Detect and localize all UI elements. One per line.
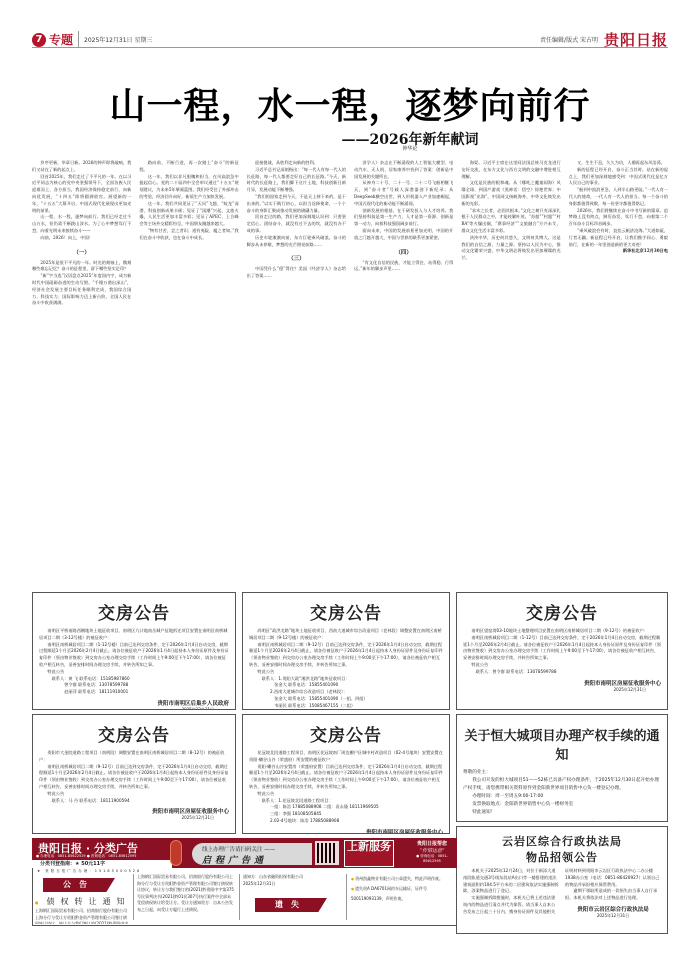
lost-items: 贵州凯鑫物业有限公司公章遗失，特此声明作废。 遗失贵A DA6701网约车运输证…	[351, 874, 455, 904]
notice-text: 逾期不领取所造成的一切损失由当事人自行承担，本机关将依法对上述物品进行处理。	[565, 888, 661, 902]
qr-promo: 线上办理广告请扫码关注 —— 启程广告通	[192, 843, 312, 865]
notice-title: 交房公告	[249, 721, 443, 746]
notice-handover-wangyaowan: 交房公告 南明区望窑湾03-10地块土地整理项目安置在南明区南桥城居项目二期（9…	[456, 592, 668, 710]
paragraph: 面向未来，中国的发展前景更加光明，中国的开放之门越开越大，中国与世界的联系更加紧…	[354, 228, 453, 242]
paragraph: 中国凭什么“稳”得住？美国《经济学人》杂志给出了答案……	[247, 266, 346, 280]
section-mark: （一）	[32, 248, 131, 256]
article-headline: 山一程，水一程，逐梦向前行	[0, 78, 700, 129]
notice-contact: 三组：李强 18108505845	[249, 811, 443, 818]
paragraph: “求木之长者，必固其根本。”文化之树只有深深扎根于人民群众之中，才能枝繁叶茂。“…	[461, 208, 560, 235]
notice-issuer: 贵州广厦房地产开发有限公司	[463, 820, 661, 822]
notice-handover-huaguanpo: 交房公告 花冠坡北段道路工程项目、南明区花冠坡南厂周边棚户区城中村改造项目（02…	[242, 714, 450, 834]
notice-date: 2025年12月31日	[463, 687, 661, 694]
notice-handover-houba: 交房公告 南明区平桥南路西侧地块土地征收项目、南明区九计地南岳城户征地拆迁项目安…	[32, 592, 236, 710]
paragraph: 回首走过的路，我们更加深刻地认识到：只要坚定信心、团结奋斗，就没有过不去的坎，就…	[247, 214, 346, 234]
notice-issuer: 贵阳市云岩区综合行政执法局	[565, 905, 661, 913]
notice-title: 关于恒大城项目办理产权手续的通知	[463, 725, 661, 763]
new-service-badge: 上新服务	[344, 840, 394, 867]
notice-evergrande-property: 关于恒大城项目办理产权手续的通知 尊敬的业主： 我公司开发的恒大城项目51——5…	[456, 714, 668, 822]
notice-text: 本机关于2025年12月24日，对位于新添大道南段轨道交通3号线东段站A出口旁一…	[463, 868, 559, 895]
article-author: 钟华论	[0, 145, 700, 152]
issue-date: 2025年12月31日 星期三	[84, 35, 540, 44]
telephone-icon	[170, 840, 182, 866]
paragraph: 向前，2026！向上，中国！	[32, 235, 131, 242]
paragraph: “新”字当选“汉语盘点2025”年度国内字，成为新时代中国砥砺奋进的生动写照。“…	[32, 273, 131, 307]
divider	[239, 874, 240, 920]
notice-title: 物品招领公告	[463, 849, 661, 865]
paragraph: “船到中流浪更急，人到半山路更陡。”一代人有一代人的使命，一代人有一代人的担当。…	[569, 187, 668, 207]
notice-handover-dajinyuan: 交房公告 贵阳市大金院道路工程项目（南明段）调整安置在南明区南桥城居项目二期（8…	[32, 714, 236, 834]
notice-contact: 联系人：曾令群 联系电话：13078599788	[463, 669, 661, 676]
lost-item: 遗失贵A DA6701网约车运输证，证件号500119093139，声明作废。	[351, 884, 455, 904]
notice-text: 特此公告	[249, 669, 443, 676]
notice-text: 贵阳·蟠谷山谷安置房（荣盛府安置）目前已达到交房条件，定于2026年1月4日启动…	[249, 764, 443, 791]
notice-text: 南明区南桥城居项目二期（9-12号）目前已达到交房条件，定于2026年1月4日启…	[39, 764, 229, 791]
classified-rate-guide: 分类刊登指南：★ 50元11字	[32, 860, 172, 868]
notice-text: 特此通知！	[463, 809, 661, 817]
notice-title: 云岩区综合行政执法局	[463, 833, 661, 849]
newspaper-logo: 贵阳日报	[604, 29, 668, 50]
notice-text: 南明区南桥城居项目二期（1-12号楼）目前已达到交房条件，定于2026年1月4日…	[39, 642, 229, 669]
article-dateline: 新华社北京12月30日电	[569, 248, 668, 255]
paragraph: 2026年，我们将继续在奋斗中书写新的篇章。追梦路上没有终点，踔厉奋发、笃行不怠…	[569, 208, 668, 228]
article-column-4: 济学人》杂志在不断涌现的人工智能大模型、电动汽车、无人机、居家康养中找到了答案：…	[354, 160, 453, 585]
article-body: 岁序更新，华章日新。2026的钟声即将敲响，我们又站在了新的起点上。 回首202…	[32, 160, 668, 585]
paragraph: 历史车轮滚滚向前，东方巨轮乘风破浪。奋斗的脚步从未停歇，梦想的光芒照亮前路……	[247, 235, 346, 249]
notice-contact: 联系人：马 丹 联系电话：18111900594	[39, 798, 229, 805]
notice-date: 2025年12月31日	[39, 707, 229, 710]
paragraph: 又，生生不息，久久为功，人潮再起东风浩荡。	[569, 160, 668, 167]
notice-text: 花冠坡北段道路工程项目、南明区花冠坡南厂周边棚户区城中村改造项目（02-4号地块…	[249, 750, 443, 764]
divider	[346, 874, 347, 920]
paragraph: “物有甘苦，尝之者识；道有夷险，履之者知。”我们在奋斗中收获，也在奋斗中成长。	[139, 228, 238, 242]
notice-text: 发票换取地点：金阳新世界销售中心负一楼财务室	[463, 801, 661, 809]
paragraph: 习近平总书记深刻指出：“每一代人有每一代人的长征路，每一代人都要走好自己的长征路…	[247, 167, 346, 194]
section-mark: （四）	[354, 248, 453, 256]
notice-title: 交房公告	[39, 721, 229, 746]
promo2-phone: ● 咨询电话：0851-85612595	[409, 854, 455, 863]
classified-ad-banner: 贵阳日报 · 分类广告 ● 办理电话：0851-85622529 ● 咨询电话：…	[32, 838, 407, 868]
paragraph: 这一年，我们共同见证了“天问”飞越、“蛟龙”深潜，科技创新成果丰硕；见证了“国潮…	[139, 201, 238, 228]
notice-issuer: 贵阳市南明区房屋征收服务中心	[463, 679, 661, 687]
classified-phones: ● 办理电话：0851-85622529 ● 咨询电话：0851-8561259…	[36, 854, 136, 859]
notice-contact: 赵丽萍 联系电话：18111910001	[39, 689, 229, 696]
qr-code-icon[interactable]	[315, 841, 339, 865]
paragraph: 2025年是很不平凡的一年。时光的刻轴上，镌刻哪些难忘记忆？奋斗的征程里，留下哪…	[32, 260, 131, 274]
debt-date: 2025年12月31日	[243, 881, 343, 888]
notice-issuer: 贵阳市南明区后巢乡人民政府	[39, 699, 229, 707]
notice-contact: 张金大 联系电话：15855401090（一组、四组）	[249, 696, 443, 703]
debt-transfer-title: 债权转让通知	[35, 896, 131, 907]
notice-text: 特此公告	[249, 791, 443, 798]
notice-text: 特此公告	[39, 669, 229, 676]
notice-text: 我公司开发的恒大城项目51——52栋已具备产权办理条件，于2025年12月30日…	[463, 777, 661, 793]
promo-brand: 启程广告通	[202, 853, 312, 866]
debt-transfer-sign: 通知方：山东省融资担保有限公司 2025年12月31日	[243, 874, 343, 887]
notice-text: 南明区南桥城居项目二期（9-12号）目前已达到交房条件，定于2026年1月4日启…	[249, 642, 443, 669]
notice-text: 办理时间：周一至周五9:00-17:00	[463, 793, 661, 801]
paragraph: 山一程，水一程，逐梦向前行。我们已经走过千山万水，但仍需不断跋山涉水。为了心中梦…	[32, 214, 131, 234]
notice-issuer: 贵阳市南明区房屋征收服务中心	[249, 828, 443, 834]
debt-transfer-text: 上海钢汇国际贸易有限公司、招商银行股份有限公司上海分行与受让方贵阳黔金资产管理有…	[35, 908, 130, 924]
paragraph: 海晏。习近平主席在这里同法国总统马克龙进行友好交流，在东方文化与西方文明的交融中…	[461, 160, 560, 180]
paragraph: 岁序更新，华章日新。2026的钟声即将敲响，我们又站在了新的起点上。	[32, 160, 131, 174]
notice-date: 2025年12月31日	[565, 913, 661, 920]
lost-item: 贵州凯鑫物业有限公司公章遗失，特此声明作废。	[351, 874, 455, 884]
article-column-6: 又，生生不息，久久为功，人潮再起东风浩荡。 新的征程已经开启，奋斗正当其时。站在…	[569, 160, 668, 585]
divider	[133, 874, 134, 920]
section-label: 专题	[49, 31, 79, 48]
paragraph: 路向前，不断行进，再一次踏上“奋斗”的新征程。	[139, 160, 238, 174]
paragraph: “有文化自信的民族，才能立得住、站得稳、行得远。”新年的脚步声里……	[354, 260, 453, 274]
notice-text: 尚明区“政洪北路”地块土地征收项目、西南大道城市综合改造项目（老林段）调整安置在…	[249, 628, 443, 642]
wedding-promo: 贵阳日报帮您 “传情达意” ● 咨询电话：0851-85612595	[407, 838, 457, 868]
paragraph: 文化是民族的根和魂。从《哪吒之魔童闹海》风靡全球，到国产游戏《黑神话：悟空》惊艳…	[461, 180, 560, 207]
announcement-tab: 公告	[43, 878, 115, 892]
notice-text: 南明区望窑湾03-10地块土地整理项目安置在南明区南桥城居项目二期（9-12号）…	[463, 628, 661, 635]
paragraph: “我们的国家走到今天，不是天上掉下来的，是干出来的。”以实干践行初心，以担当诠释…	[247, 194, 346, 214]
paragraph: 新的征程已经开启，奋斗正当其时。站在新的起点上，我们更加深刻地感受到：中国式现代…	[569, 167, 668, 187]
paragraph: 回首2025年，我们走过了不平凡的一年。在以习近平同志为核心的党中央坚强领导下，…	[32, 174, 131, 215]
notice-title: 交房公告	[249, 599, 443, 624]
article-column-2: 路向前，不断行进，再一次踏上“奋斗”的新征程。 这一年，我们以非凡胆魄和担当，在…	[139, 160, 238, 585]
notice-contact: 2.西南大道城市综合改造项目（老林段）：	[249, 689, 443, 696]
notice-title: 交房公告	[39, 599, 229, 624]
notice-contact: 2.02-4号地块：陈浩 17885088908	[249, 818, 443, 825]
notice-text: 南明区南桥城居项目二期（1-12号）目前已达到交房条件，定于2026年1月4日启…	[463, 635, 661, 662]
lost-tab: 遗失	[255, 898, 327, 912]
article-column-3: 迎接挑战，从胜利走向新的胜利。 习近平总书记深刻指出：“每一代人有每一代人的长征…	[247, 160, 346, 585]
promo-text: 线上办理广告请扫码关注 ——	[202, 845, 312, 853]
paragraph: 创新发展的根基，在于研发投入与人才培养。我们坚持科技是第一生产力、人才是第一资源…	[354, 208, 453, 228]
notice-date: 2025年12月31日	[39, 815, 229, 822]
section-mark: （三）	[247, 254, 346, 262]
editor-credit: 责任编辑/版式 宋占明	[540, 35, 598, 44]
notice-text: 特此公告	[39, 791, 229, 798]
paragraph: 泱泱中华，历史何其悠久，文明何其博大。这是我们的自信之源，力量之源。坚持以人民为…	[461, 235, 560, 262]
notice-text: 贵阳市大金院道路工程项目（南明段）调整安置在南明区南桥城居项目二期（8-12号）…	[39, 750, 229, 764]
promo2-title: 贵阳日报帮您	[409, 840, 455, 847]
article-column-5: 海晏。习近平主席在这里同法国总统马克龙进行友好交流，在东方文化与西方文明的交融中…	[461, 160, 560, 585]
notice-greeting: 尊敬的业主：	[463, 769, 661, 777]
classified-content: ★ 贵阳日报广告办理：15185000526 公告 债权转让通知 上海钢汇国际贸…	[32, 868, 457, 926]
notice-text: 南明区平桥南路西侧地块土地征收项目、南明区九计地南岳城户征地拆迁项目安置在南明区…	[39, 628, 229, 642]
classified-office: ★ 贵阳日报广告办理：15185000526	[37, 869, 141, 874]
notice-title: 交房公告	[463, 599, 661, 624]
notice-yunyan-lost-property: 云岩区综合行政执法局 物品招领公告 本机关于2025年12月24日，对位于新添大…	[456, 826, 668, 934]
article-column-1: 岁序更新，华章日新。2026的钟声即将敲响，我们又站在了新的起点上。 回首202…	[32, 160, 131, 585]
paragraph: “乘风破浪会有时，直挂云帆济沧海。”大道如砥，行者无疆。新征程已经开启，让我们携…	[569, 228, 668, 248]
paragraph: 这一年，我们以非凡胆魄和担当，在风高浪急中挺起信心。党的二十届四中全会审议通过“…	[139, 174, 238, 201]
paragraph: 从神舟二十号、二十一号、二十二号飞船相继飞天，到“奋斗者”号载人深潜器创下新纪录…	[354, 180, 453, 207]
notice-text: 特此公告	[463, 662, 661, 669]
promo2-quote: “传情达意”	[409, 847, 455, 854]
page-number-badge: 7	[32, 33, 46, 47]
masthead: 7 专题 2025年12月31日 星期三 责任编辑/版式 宋占明 贵阳日报	[32, 32, 668, 48]
debt-transfer-text-cont: 上海钢汇国际贸易有限公司、招商银行股份有限公司上海分行与受让方贵阳黔金资产管理有…	[137, 874, 235, 922]
paragraph: 济学人》杂志在不断涌现的人工智能大模型、电动汽车、无人机、居家康养中找到了答案：…	[354, 160, 453, 180]
notice-contact: 韦丽民 联系电话：15085467155（二组）	[249, 703, 443, 710]
paragraph: 迎接挑战，从胜利走向新的胜利。	[247, 160, 346, 167]
notice-handover-xinan: 交房公告 尚明区“政洪北路”地块土地征收项目、西南大道城市综合改造项目（老林段）…	[242, 592, 450, 710]
